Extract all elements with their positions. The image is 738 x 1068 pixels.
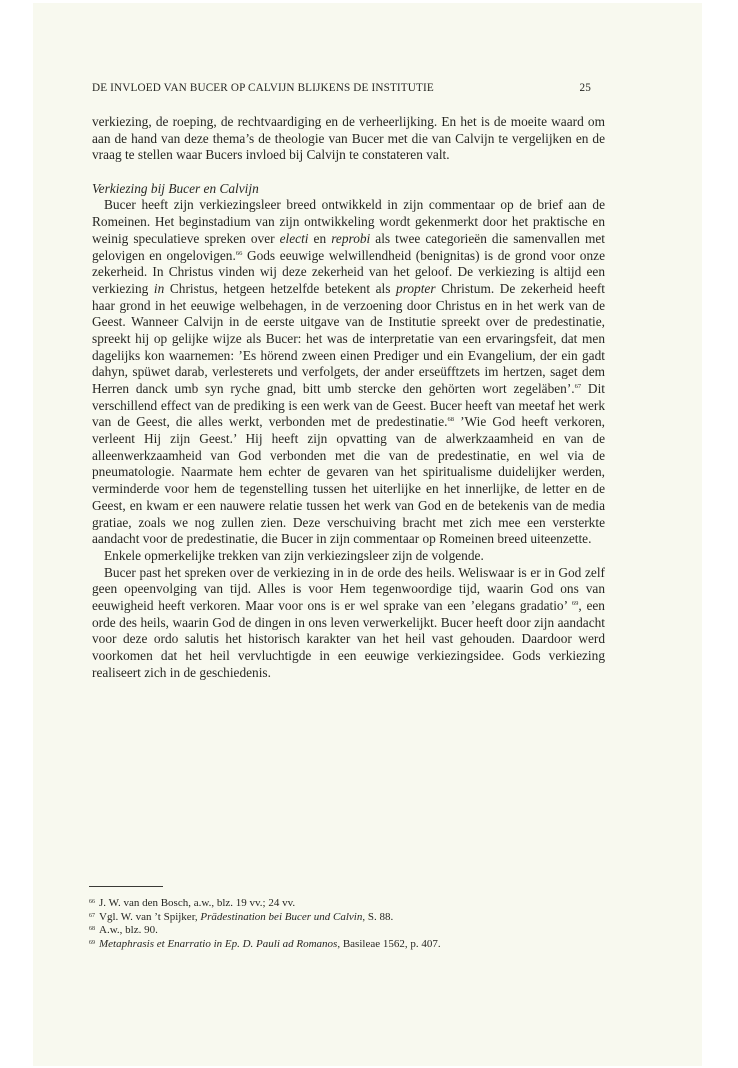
book-page: DE INVLOED VAN BUCER OP CALVIJN BLIJKENS… [33, 3, 702, 1066]
footnote-68: 68A.w., blz. 90. [89, 923, 609, 937]
footnote-69: 69Metaphrasis et Enarratio in Ep. D. Pau… [89, 937, 609, 951]
footnote-number: 68 [89, 926, 95, 932]
running-head: DE INVLOED VAN BUCER OP CALVIJN BLIJKENS… [92, 81, 605, 95]
page-number: 25 [580, 81, 606, 95]
paragraph-trekken: Enkele opmerkelijke trekken van zijn ver… [92, 548, 605, 565]
footnote-text: A.w., blz. 90. [99, 924, 158, 936]
footnote-number: 69 [89, 940, 95, 946]
footnote-number: 67 [89, 913, 95, 919]
paragraph-orde-des-heils: Bucer past het spreken over de verkiezin… [92, 565, 605, 682]
footnotes: 66J. W. van den Bosch, a.w., blz. 19 vv.… [89, 896, 609, 950]
body-text: verkiezing, de roeping, de rechtvaardigi… [92, 114, 605, 681]
footnote-title: Prädestination bei Bucer und Calvin [200, 911, 362, 923]
footnote-title: Metaphrasis et Enarratio in Ep. D. Pauli… [99, 938, 337, 950]
paragraph-continuation: verkiezing, de roeping, de rechtvaardigi… [92, 114, 605, 164]
footnote-66: 66J. W. van den Bosch, a.w., blz. 19 vv.… [89, 896, 609, 910]
footnote-number: 66 [89, 899, 95, 905]
footnote-divider [89, 886, 163, 887]
footnote-text: J. W. van den Bosch, a.w., blz. 19 vv.; … [99, 897, 295, 909]
section-heading: Verkiezing bij Bucer en Calvijn [92, 181, 605, 198]
footnote-67: 67Vgl. W. van ’t Spijker, Prädestination… [89, 910, 609, 924]
paragraph-bucer-verkiezingsleer: Bucer heeft zijn verkiezingsleer breed o… [92, 197, 605, 547]
running-head-title: DE INVLOED VAN BUCER OP CALVIJN BLIJKENS… [92, 81, 434, 95]
